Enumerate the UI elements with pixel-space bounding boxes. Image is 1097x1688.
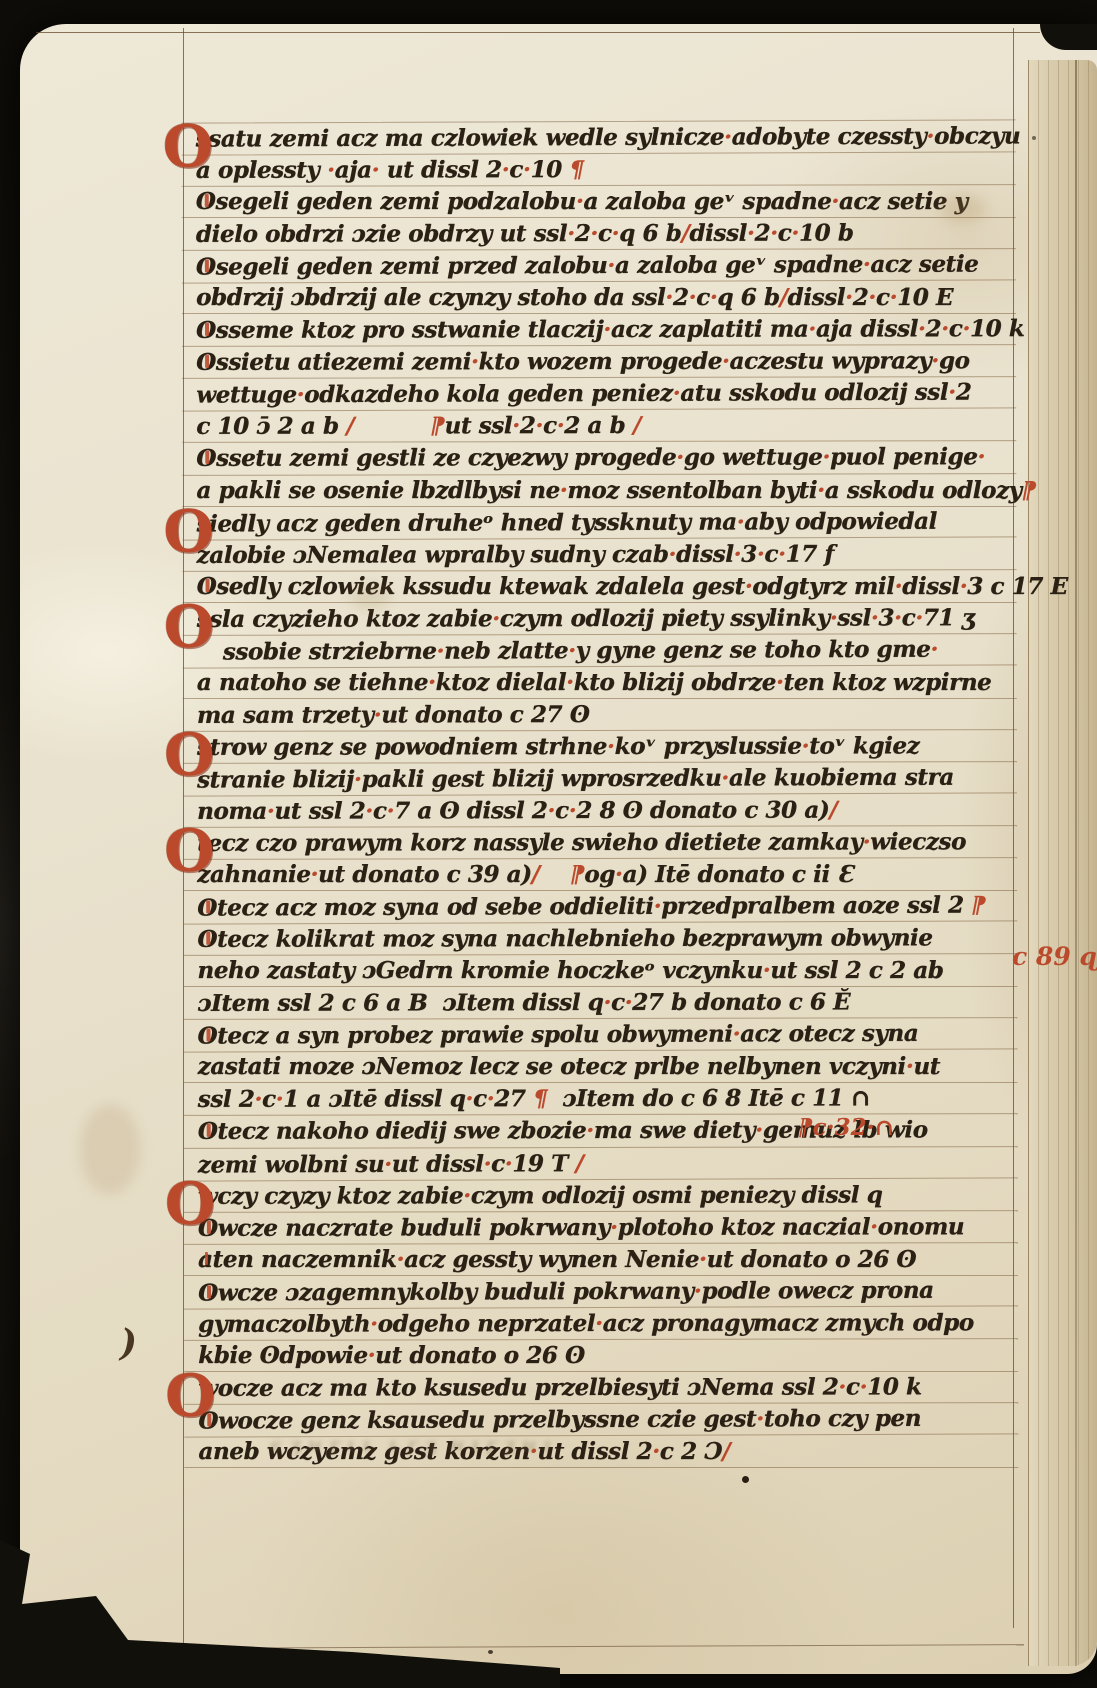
show-through-text: ͼ ʒ ͷ ꞅ ı ʟ ʟ ꞅ ʒ ͷ ı ꞅ ʒ ͷ ı bbox=[270, 1432, 551, 1456]
manuscript-line: Ossla czyzieho ktoz zabie·czym odlozij p… bbox=[183, 602, 1017, 636]
manuscript-page: Ossatu zemi acz ma czlowiek wedle sylnic… bbox=[20, 24, 1097, 1674]
manuscript-line: stranie blizij·pakli gest blizij wprosrz… bbox=[183, 761, 1017, 796]
manuscript-line: ma sam trzety·ut donato c 27 ʘ bbox=[183, 698, 1017, 732]
manuscript-line: aten naczemnik·acz gessty wynen Nenie·ut… bbox=[184, 1244, 1018, 1276]
text-block: Ossatu zemi acz ma czlowiek wedle sylnic… bbox=[182, 120, 1019, 1469]
manuscript-line: noma·ut ssl 2·c·7 a ʘ dissl 2·c·2 8 ʘ do… bbox=[183, 794, 1017, 828]
parchment-stain bbox=[80, 1104, 140, 1194]
ink-speck bbox=[488, 1650, 493, 1654]
margin-annotation: ) bbox=[120, 1322, 137, 1364]
manuscript-line: Osseme ktoz pro sstwanie tlaczij·acz zap… bbox=[182, 313, 1016, 347]
margin-annotation: c 89 ɋ bbox=[1012, 942, 1097, 971]
manuscript-line: Otecz acz moz syna od sebe oddieliti·prz… bbox=[183, 890, 1017, 925]
manuscript-line: Ossietu atiezemi zemi·kto wozem progede·… bbox=[182, 345, 1016, 379]
manuscript-line: a oplessty ·aja· ut dissl 2·c·10 ¶ bbox=[182, 153, 1016, 187]
manuscript-line: Otecz kolikrat moz syna nachlebnieho bez… bbox=[183, 922, 1017, 956]
manuscript-line: Owczy czyzy ktoz zabie·czym odlozij osmi… bbox=[184, 1179, 1018, 1213]
ink-speck bbox=[742, 1476, 749, 1483]
manuscript-line: Otecz a syn probez prawie spolu obwymeni… bbox=[183, 1018, 1017, 1053]
manuscript-line: Ossatu zemi acz ma czlowiek wedle sylnic… bbox=[182, 119, 1016, 155]
illuminated-initial: O bbox=[165, 1173, 209, 1233]
ruling-line-top bbox=[36, 32, 1040, 33]
manuscript-line: Ostrow genz se powodniem strhne·koᵛ przy… bbox=[183, 730, 1017, 764]
manuscript-line: ɔItem ssl 2 c 6 a B ɔItem dissl q·c·27 b… bbox=[183, 986, 1017, 1020]
manuscript-line: ssobie strziebrne·neb zlatte·y gyne genz… bbox=[183, 633, 1017, 668]
margin-annotation: ⁋c·32·∩ bbox=[798, 1114, 894, 1141]
manuscript-line: a natoho se tiehne·ktoz dielal·kto blizi… bbox=[183, 667, 1017, 699]
manuscript-line: zalobie ɔNemalea wpralby sudny czab·diss… bbox=[182, 538, 1016, 572]
manuscript-line: ssl 2·c·1 a ɔItē dissl q·c·27 ¶ ɔItem do… bbox=[184, 1083, 1018, 1117]
manuscript-line: Owcze ɔzagemnykolby buduli pokrwany·podl… bbox=[184, 1274, 1018, 1309]
manuscript-line: Owocze acz ma kto ksusedu przelbiesyti ɔ… bbox=[184, 1371, 1018, 1405]
ink-speck bbox=[1032, 136, 1036, 140]
book-fore-edge bbox=[1028, 60, 1097, 1666]
illuminated-initial: O bbox=[164, 821, 208, 881]
illuminated-initial: O bbox=[165, 1366, 209, 1426]
photo-backdrop: Ossatu zemi acz ma czlowiek wedle sylnic… bbox=[0, 0, 1097, 1688]
manuscript-line: zemi wolbni su·ut dissl·c·19 T / bbox=[184, 1146, 1018, 1181]
page-edge-crease bbox=[1075, 60, 1077, 1666]
manuscript-line: Otecz czo prawym korz nassyle swieho die… bbox=[183, 826, 1017, 860]
manuscript-line: a pakli se osenie lbzdlbysi ne·moz ssent… bbox=[182, 475, 1016, 507]
manuscript-line: Osiedly acz geden druheᵒ hned tyssknuty … bbox=[182, 505, 1016, 540]
manuscript-line: gymaczolbyth·odgeho neprzatel·acz pronag… bbox=[184, 1307, 1018, 1341]
manuscript-line: Osegeli geden zemi podzalobu·a zaloba ge… bbox=[182, 186, 1016, 218]
ruling-line-bottom bbox=[160, 1644, 1024, 1649]
manuscript-line: kbie ʘdpowie·ut donato o 26 ʘ bbox=[184, 1340, 1018, 1372]
illuminated-initial: O bbox=[164, 725, 208, 785]
manuscript-line: dielo obdrzi ɔzie obdrzy ut ssl·2·c·q 6 … bbox=[182, 217, 1016, 251]
manuscript-line: neho zastaty ɔGedrn kromie hoczkeᵒ vczyn… bbox=[183, 955, 1017, 987]
manuscript-line: Owcze naczrate buduli pokrwany·plotoho k… bbox=[184, 1211, 1018, 1245]
manuscript-line: Ossetu zemi gestli ze czyezwy progede·go… bbox=[182, 442, 1016, 476]
manuscript-line: zahnanie·ut donato c 39 a)/ ⁋og·a) Itē d… bbox=[183, 859, 1017, 891]
manuscript-line: wettuge·odkazdeho kola geden peniez·atu … bbox=[182, 377, 1016, 412]
manuscript-line: zastati moze ɔNemoz lecz se otecz prlbe … bbox=[184, 1051, 1018, 1083]
illuminated-initial: O bbox=[164, 597, 208, 657]
parchment-stain bbox=[940, 194, 986, 224]
manuscript-line: c 10 ɔ̄ 2 a b / ⁋ut ssl·2·c·2 a b / bbox=[182, 410, 1016, 444]
manuscript-line: Osegeli geden zemi przed zalobu·a zaloba… bbox=[182, 249, 1016, 284]
parchment-stain bbox=[350, 584, 390, 610]
manuscript-line: Osedly czlowiek kssudu ktewak zdalela ge… bbox=[183, 571, 1017, 603]
manuscript-line: obdrzij ɔbdrzij ale czynzy stoho da ssl·… bbox=[182, 282, 1016, 314]
